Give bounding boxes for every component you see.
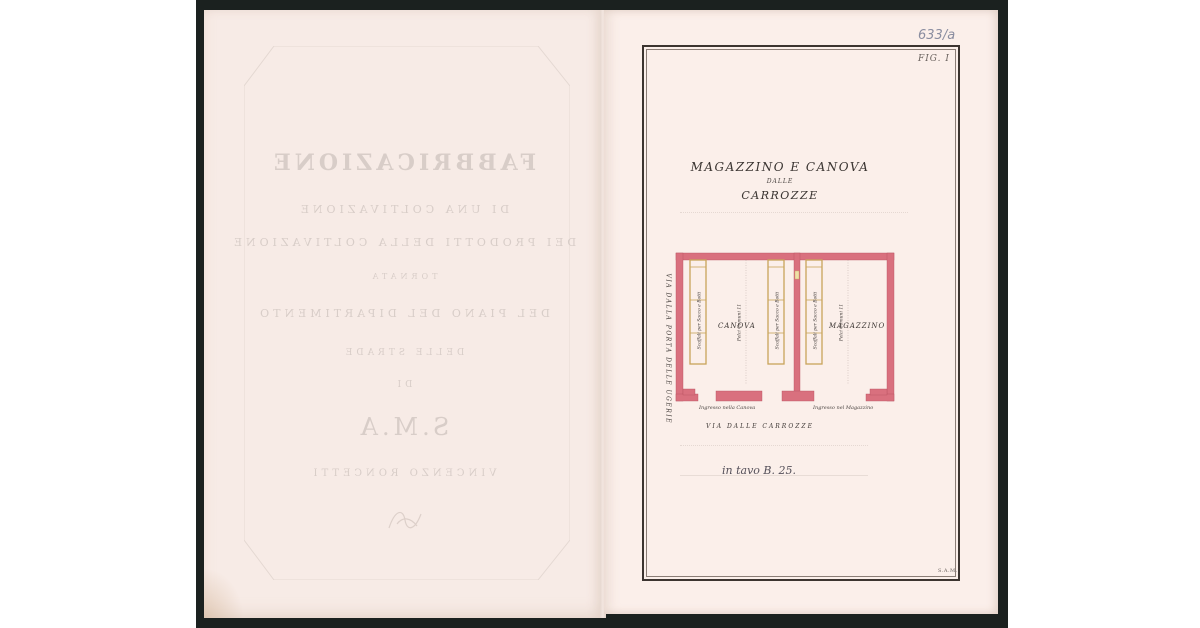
figure-label: FIG. I: [918, 54, 950, 64]
catalog-number: 633/a: [918, 28, 955, 43]
ghost-text-line: DEI PRODOTTI DELLA COLTIVAZIONE: [204, 236, 602, 249]
entry-label-magazzino: Ingresso nel Magazzino: [813, 405, 873, 411]
street-label: VIA DALLE CARROZZE: [700, 423, 820, 430]
paper-stain: [204, 568, 244, 618]
entry-label-canova: Ingresso nella Canova: [699, 405, 755, 411]
ruled-guide-line: [680, 475, 868, 476]
shelf-label: Scaffali per Sacco e Botti: [776, 276, 781, 366]
shelf-label: Scaffali per Sacco e Botti: [698, 276, 703, 366]
ghost-text-line: FABBRICAZIONE: [204, 150, 602, 176]
ghost-text-line: DI UNA COLTIVAZIONE: [204, 203, 602, 216]
ghost-text-line: VINCENZO RONCETTI: [204, 468, 602, 479]
plan-title: MAGAZZINO E CANOVA: [680, 160, 880, 174]
ghost-text-line: DELLE STRADE: [204, 348, 602, 358]
room-label-canova: CANOVA: [718, 322, 756, 330]
ruled-guide-line: [680, 445, 868, 446]
ghost-text-line: DI: [204, 380, 602, 390]
ghost-text-line: TORNATA: [204, 272, 602, 281]
ghost-text-line: DEL PIANO DEL DIPARTIMENTO: [204, 307, 602, 320]
plan-subtitle: CARROZZE: [680, 189, 880, 202]
ghost-text-line: S.M.A: [204, 413, 602, 441]
room-label-magazzino: MAGAZZINO: [829, 322, 885, 330]
ruled-guide-line: [680, 212, 908, 213]
engraver-signature: S.A.M.: [938, 568, 958, 574]
plan-title-connector: DALLE: [680, 178, 880, 185]
shelf-label: Scaffali per Sacco e Botti: [814, 276, 819, 366]
side-street-label: VIA DALLA PORTA DELLE UGERIE: [665, 274, 672, 384]
ghost-flourish-icon: [385, 506, 425, 536]
